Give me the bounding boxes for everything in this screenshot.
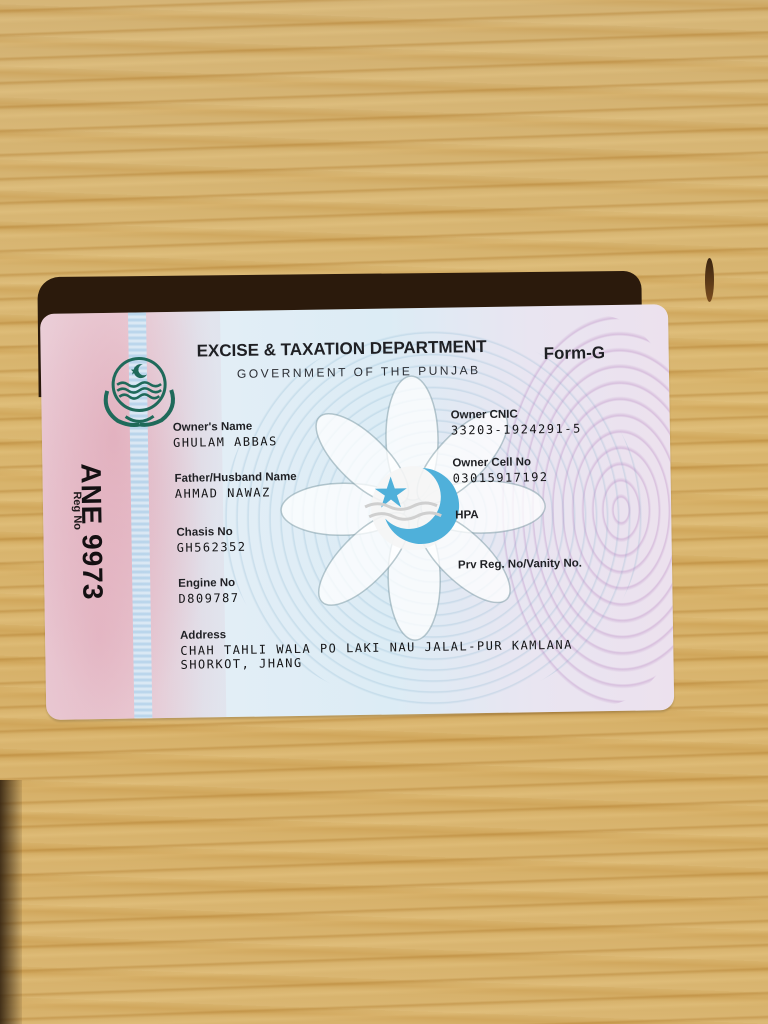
owner-cell-label: Owner Cell No [452, 456, 531, 469]
owner-cell-value: 03015917192 [453, 470, 549, 486]
shadow [0, 780, 22, 1024]
hpa-label: HPA [455, 509, 479, 521]
chassis-label: Chasis No [176, 526, 232, 539]
engine-label: Engine No [178, 577, 235, 590]
punjab-emblem-icon [93, 350, 186, 431]
owner-cnic-label: Owner CNIC [451, 409, 518, 422]
chassis-value: GH562352 [177, 540, 247, 555]
engine-value: D809787 [178, 591, 239, 606]
owner-name-value: GHULAM ABBAS [173, 434, 278, 450]
prv-reg-label: Prv Reg. No/Vanity No. [458, 558, 582, 572]
address-label: Address [180, 629, 226, 642]
reg-no-value: ANE 9973 [74, 463, 108, 601]
wood-knot [705, 258, 714, 302]
vehicle-registration-card: Reg No ANE 9973 EXCISE & TAXATION DEPART… [40, 304, 674, 720]
father-name-label: Father/Husband Name [175, 471, 297, 485]
address-line2: SHORKOT, JHANG [180, 656, 302, 672]
form-type: Form-G [544, 343, 606, 364]
owner-name-label: Owner's Name [173, 421, 253, 434]
owner-cnic-value: 33203-1924291-5 [451, 422, 582, 438]
father-name-value: AHMAD NAWAZ [175, 485, 271, 501]
